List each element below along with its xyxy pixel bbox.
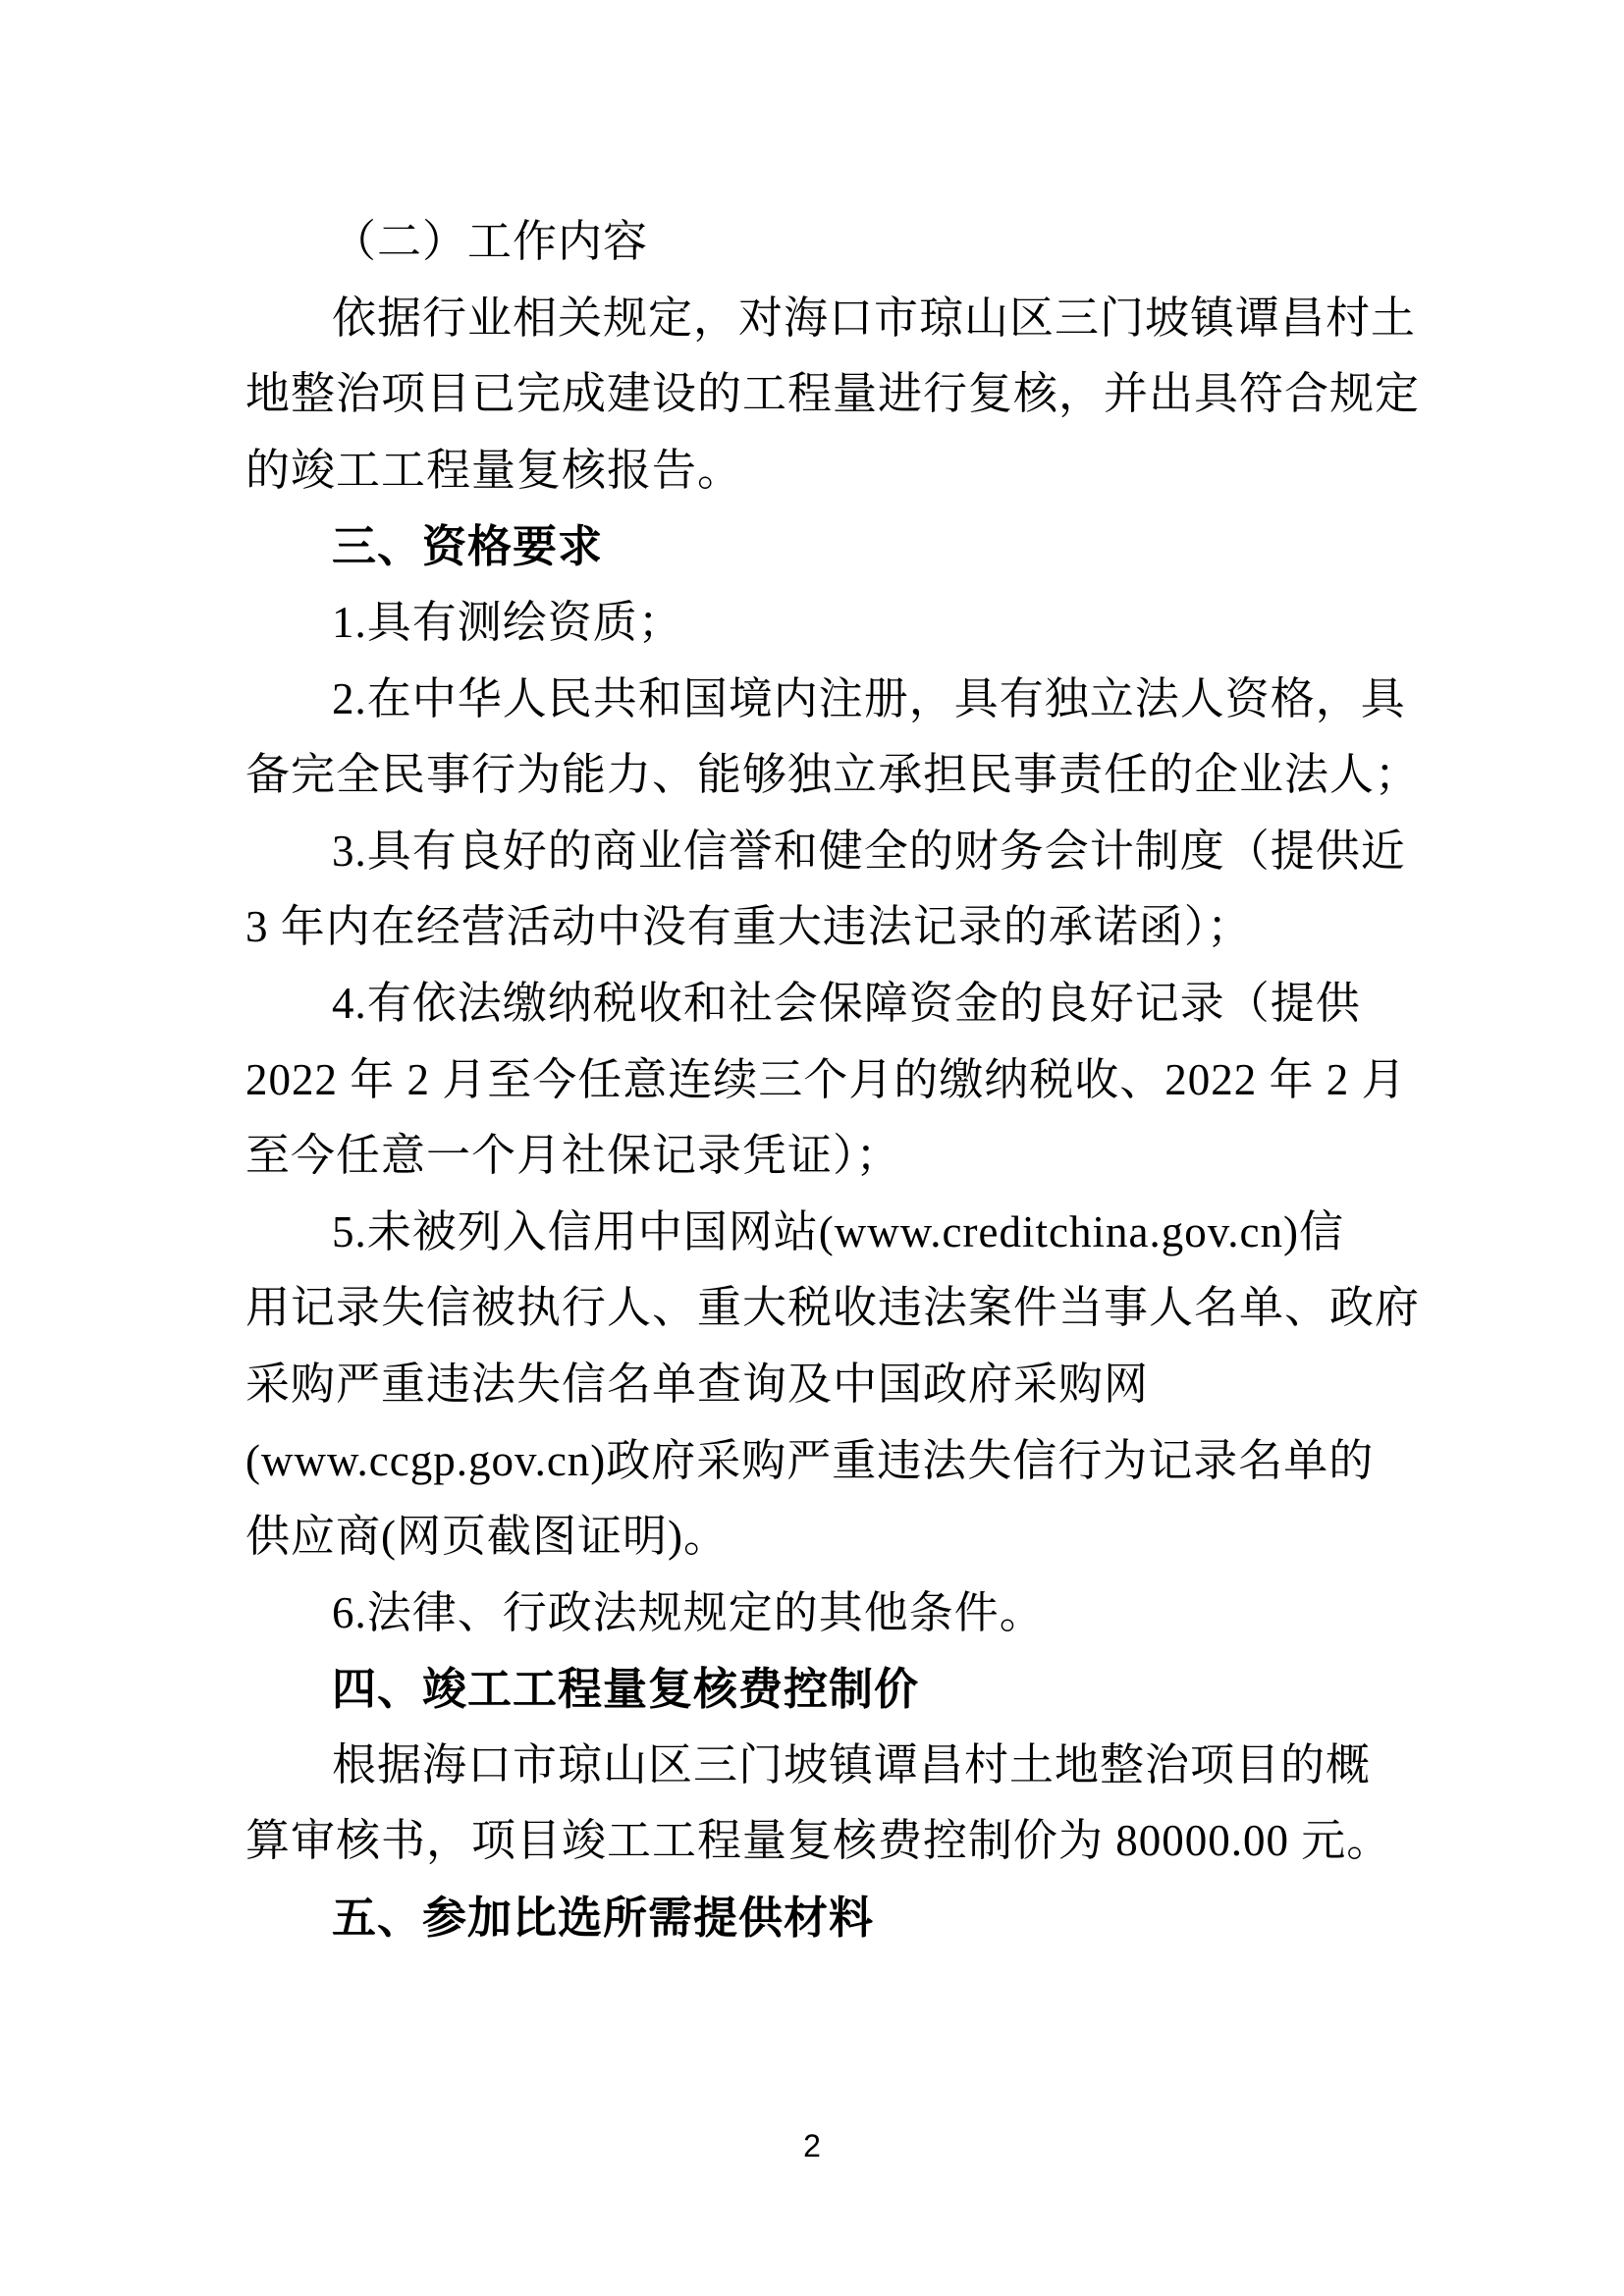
text-line: 备完全民事行为能力、能够独立承担民事责任的企业法人； bbox=[245, 737, 1394, 814]
text-line: 供应商(网页截图证明)。 bbox=[245, 1499, 1394, 1575]
document-page: （二）工作内容依据行业相关规定，对海口市琼山区三门坡镇谭昌村土地整治项目已完成建… bbox=[0, 0, 1624, 2296]
text-line: 5.未被列入信用中国网站(www.creditchina.gov.cn)信 bbox=[245, 1195, 1394, 1271]
text-line: 3 年内在经营活动中没有重大违法记录的承诺函）； bbox=[245, 889, 1394, 966]
text-line: 采购严重违法失信名单查询及中国政府采购网 bbox=[245, 1347, 1394, 1423]
section-heading: 三、资格要求 bbox=[245, 508, 1394, 585]
section-heading: 四、竣工工程量复核费控制价 bbox=[245, 1651, 1394, 1728]
text-line: 算审核书，项目竣工工程量复核费控制价为 80000.00 元。 bbox=[245, 1803, 1394, 1880]
text-line: 1.具有测绘资质； bbox=[245, 585, 1394, 662]
text-line: 3.具有良好的商业信誉和健全的财务会计制度（提供近 bbox=[245, 814, 1394, 890]
text-line: （二）工作内容 bbox=[245, 204, 1394, 281]
text-line: 根据海口市琼山区三门坡镇谭昌村土地整治项目的概 bbox=[245, 1728, 1394, 1804]
text-line: 依据行业相关规定，对海口市琼山区三门坡镇谭昌村土 bbox=[245, 281, 1394, 357]
section-heading: 五、参加比选所需提供材料 bbox=[245, 1880, 1394, 1956]
page-number: 2 bbox=[0, 2126, 1624, 2165]
text-line: 至今任意一个月社保记录凭证）； bbox=[245, 1118, 1394, 1195]
text-line: 的竣工工程量复核报告。 bbox=[245, 433, 1394, 509]
text-line: 2022 年 2 月至今任意连续三个月的缴纳税收、2022 年 2 月 bbox=[245, 1042, 1394, 1119]
text-line: 6.法律、行政法规规定的其他条件。 bbox=[245, 1575, 1394, 1652]
text-line: 2.在中华人民共和国境内注册，具有独立法人资格，具 bbox=[245, 662, 1394, 738]
text-line: (www.ccgp.gov.cn)政府采购严重违法失信行为记录名单的 bbox=[245, 1423, 1394, 1500]
text-line: 用记录失信被执行人、重大税收违法案件当事人名单、政府 bbox=[245, 1270, 1394, 1347]
document-body: （二）工作内容依据行业相关规定，对海口市琼山区三门坡镇谭昌村土地整治项目已完成建… bbox=[245, 204, 1394, 1956]
text-line: 地整治项目已完成建设的工程量进行复核，并出具符合规定 bbox=[245, 356, 1394, 433]
text-line: 4.有依法缴纳税收和社会保障资金的良好记录（提供 bbox=[245, 966, 1394, 1042]
